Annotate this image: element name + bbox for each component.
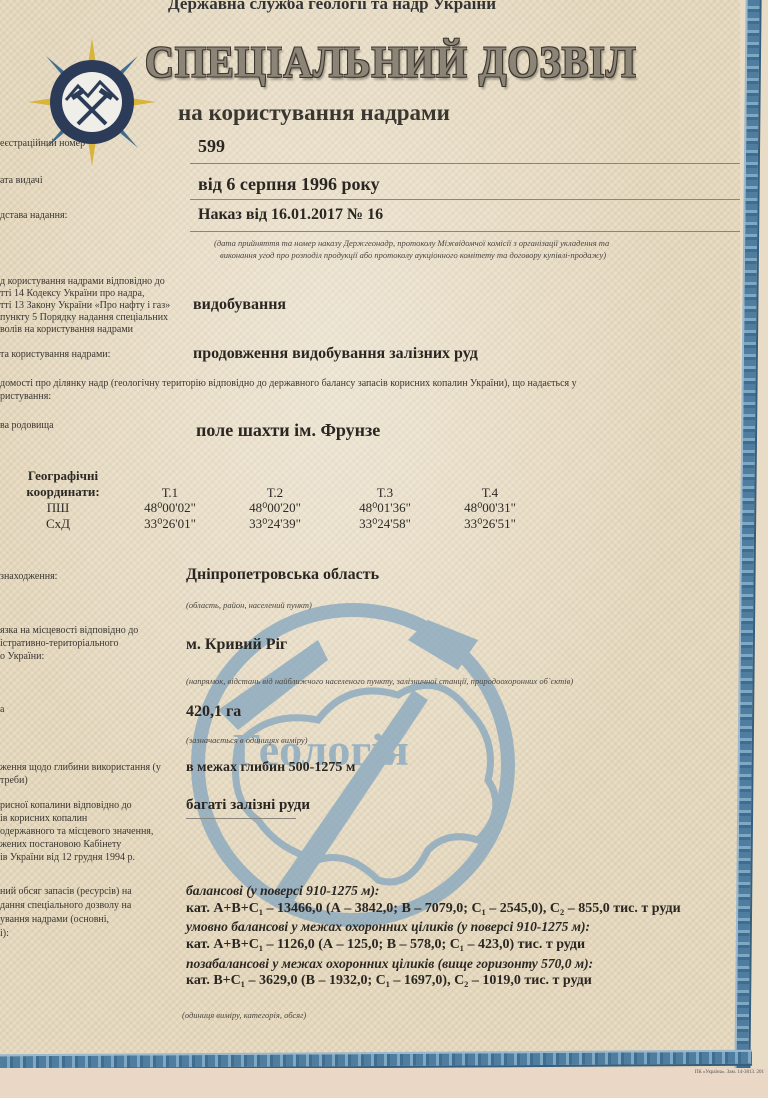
use-type-label-1: д користування надрами відповідно до	[0, 276, 165, 289]
location-note: (область, район, населений пункт)	[186, 600, 312, 611]
binding-label-2: істративно-територіального	[0, 638, 118, 651]
reserves-note: (одиниця виміру, категорія, обсяг)	[182, 1010, 306, 1021]
mineral-label-2: ів корисних копалин	[0, 813, 87, 826]
basis-value: Наказ від 16.01.2017 № 16	[198, 206, 383, 224]
reserves-block: балансові (у поверсі 910-1275 м): кат. А…	[186, 882, 681, 991]
location-value: Дніпропетровська область	[186, 566, 379, 584]
binding-label-1: язка на місцевості відповідно до	[0, 625, 138, 638]
depth-label-2: треби)	[0, 775, 28, 788]
point-header: Т.2	[220, 485, 330, 501]
mineral-label-4: ів України від 12 грудня 1994 р.	[0, 852, 135, 865]
area-value: 420,1 га	[186, 703, 241, 721]
reg-number-value: 599	[198, 136, 225, 157]
depth-label-1: ження щодо глибини використання (у	[0, 762, 161, 775]
reserves-line: позабалансові у межах охоронних ціликів …	[186, 955, 681, 973]
binding-label-3: о України:	[0, 651, 44, 664]
purpose-value: продовження видобування залізних руд	[193, 345, 478, 363]
reserves-label-2: дання спеціального дозволу на	[0, 900, 131, 913]
use-type-label-4: пункту 5 Порядку надання спеціальних	[0, 312, 168, 325]
basis-note-line2: виконання угод про розподіл продукції аб…	[220, 250, 606, 261]
reserves-line: кат. А+В+С₁ – 1126,0 (А – 125,0; В – 578…	[186, 936, 681, 954]
coordinate-cell: 48⁰00'20"	[220, 500, 330, 516]
agency-name: Державна служба геології та надр України	[168, 0, 496, 14]
basis-label: дстава надання:	[0, 210, 67, 223]
reserves-label-4: і):	[0, 928, 9, 941]
reserves-line: кат. В+С₁ – 3629,0 (В – 1932,0; С₁ – 169…	[186, 972, 681, 990]
site-info-line1: домості про ділянку надр (геологічну тер…	[0, 378, 577, 391]
coordinates-header: Географічні координати:	[8, 468, 118, 499]
latitude-label: ПШ	[28, 500, 88, 516]
coordinate-cell: 33⁰26'51"	[435, 516, 545, 532]
coordinate-cell: 48⁰00'31"	[435, 500, 545, 516]
reserves-label-3: ування надрами (основні,	[0, 914, 109, 927]
issue-date-label: ата видачі	[0, 175, 43, 188]
depth-value: в межах глибин 500-1275 м	[186, 760, 355, 776]
use-type-value: видобування	[193, 296, 286, 314]
reg-number-label: еєстраційний номер	[0, 138, 85, 151]
mineral-label-1: рисної копалини відповідно до	[0, 800, 132, 813]
use-type-label-5: волів на користування надрами	[0, 324, 133, 337]
coordinate-cell: 33⁰24'39"	[220, 516, 330, 532]
deposit-value: поле шахти ім. Фрунзе	[196, 420, 380, 441]
reserves-line: умовно балансові у межах охоронних цілик…	[186, 918, 681, 936]
basis-note-line1: (дата прийняття та номер наказу Держгеон…	[214, 238, 609, 249]
area-note: (зазначається в одиницях виміру)	[186, 735, 307, 746]
longitude-label: СхД	[28, 516, 88, 532]
coordinate-cell: 48⁰01'36"	[330, 500, 440, 516]
point-header: Т.4	[435, 485, 545, 501]
reserves-label-1: ний обсяг запасів (ресурсів) на	[0, 886, 132, 899]
area-label: а	[0, 704, 4, 717]
point-header: Т.3	[330, 485, 440, 501]
location-label: знаходження:	[0, 571, 57, 584]
printer-imprint: ПК «Україна». Зам. 14-3813. 201	[695, 1070, 764, 1075]
deposit-label: ва родовища	[0, 420, 54, 433]
use-type-label-3: тті 13 Закону України «Про нафту і газ»	[0, 300, 170, 313]
mineral-value: багаті залізні руди	[186, 797, 310, 814]
coordinate-cell: 48⁰00'02"	[115, 500, 225, 516]
coordinate-cell: 33⁰24'58"	[330, 516, 440, 532]
rule	[190, 231, 740, 232]
use-type-label-2: тті 14 Кодексу України про надра,	[0, 288, 145, 301]
binding-value: м. Кривий Ріг	[186, 636, 287, 654]
rule	[190, 199, 740, 200]
issue-date-value: від 6 серпня 1996 року	[198, 174, 380, 195]
document-title: СПЕЦІАЛЬНИЙ ДОЗВІЛ	[145, 36, 637, 88]
reserves-line: балансові (у поверсі 910-1275 м):	[186, 882, 681, 900]
mineral-label-4: жених постановою Кабінету	[0, 839, 121, 852]
purpose-label: та користування надрами:	[0, 349, 110, 362]
point-header: Т.1	[115, 485, 225, 501]
document-subtitle: на користування надрами	[178, 100, 450, 126]
reserves-line: кат. А+В+С₁ – 13466,0 (А – 3842,0; В – 7…	[186, 900, 681, 918]
mineral-label-3: одержавного та місцевого значення,	[0, 826, 153, 839]
binding-note: (напрямок, відстань від найближчого насе…	[186, 676, 573, 687]
rule	[186, 818, 296, 819]
table-surface	[0, 1068, 768, 1098]
site-info-line2: ристування:	[0, 391, 51, 404]
rule	[190, 163, 740, 164]
coordinate-cell: 33⁰26'01"	[115, 516, 225, 532]
